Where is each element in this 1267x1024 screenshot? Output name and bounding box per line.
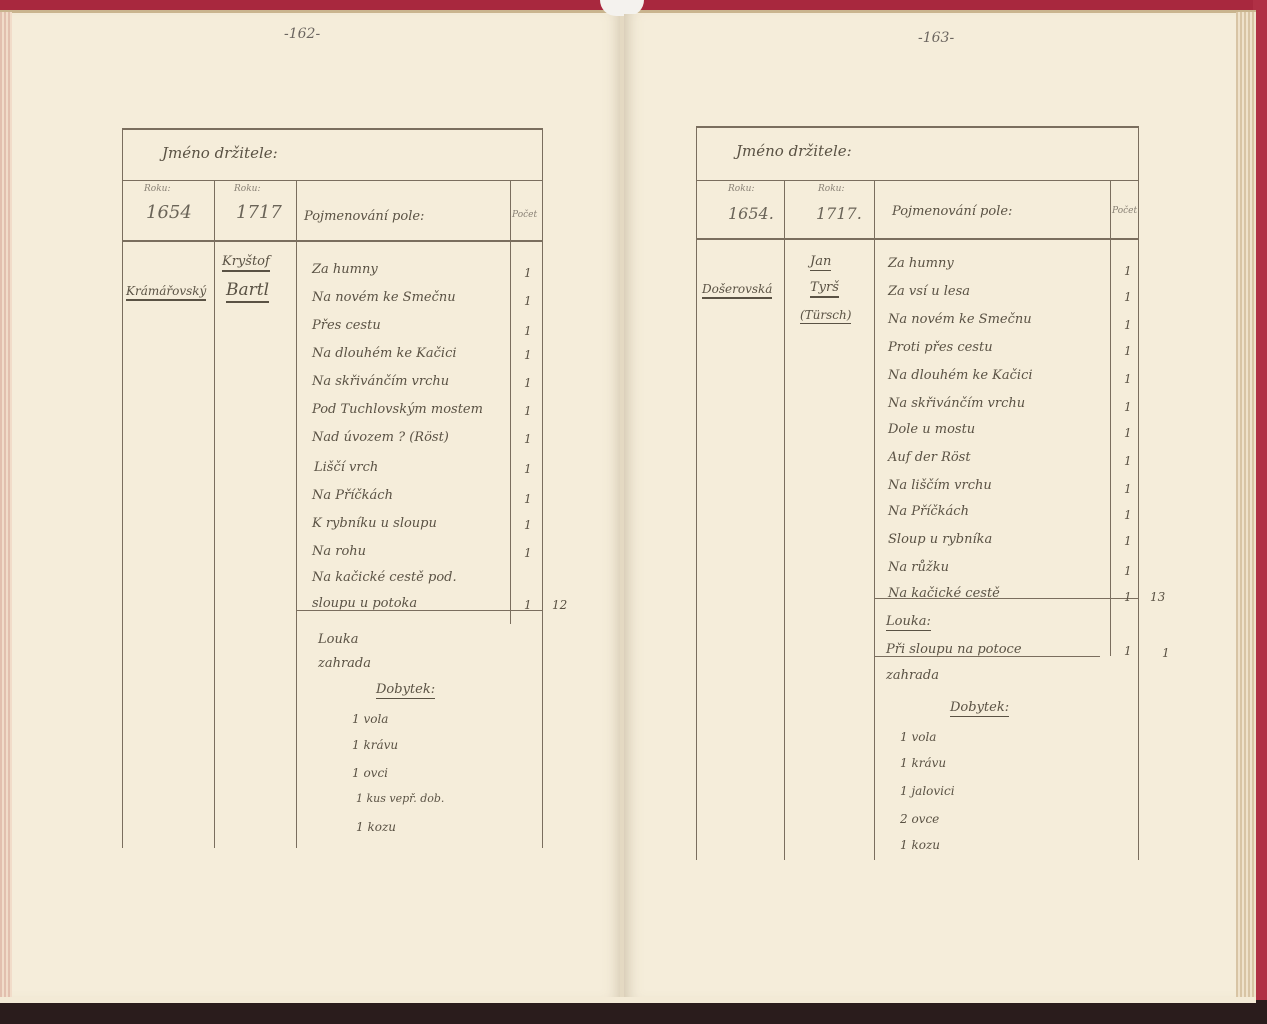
field-name: Na Příčkách: [312, 488, 393, 503]
field-count: 1: [1124, 482, 1132, 496]
page-edges-right: [1236, 12, 1256, 997]
holder-1717-last: Bartl: [226, 280, 269, 303]
holder-label: Jméno držitele:: [162, 144, 278, 162]
field-name: Přes cestu: [312, 318, 381, 333]
table-left-border: [696, 126, 697, 860]
page-edges-left: [0, 12, 12, 997]
col-divider-2: [874, 180, 875, 860]
field-count: 1: [524, 598, 532, 612]
field-name: Pod Tuchlovským mostem: [312, 402, 483, 417]
field-count: 1: [1124, 264, 1132, 278]
field-name-label: Pojmenování pole:: [892, 204, 1012, 219]
livestock-item: 2 ovce: [900, 812, 939, 826]
year2-label: Roku:: [234, 184, 260, 194]
field-name: Na skřivánčím vrchu: [312, 374, 449, 389]
field-name: Za humny: [312, 262, 378, 277]
livestock-item: 1 ovci: [352, 766, 388, 780]
left-page: -162- Jméno držitele: Roku: 1654 Roku: 1…: [12, 14, 622, 997]
table-right-border: [542, 128, 543, 848]
page-number: -162-: [284, 26, 320, 42]
field-name: Na novém ke Smečnu: [312, 290, 456, 305]
field-name: Na dlouhém ke Kačici: [888, 368, 1033, 383]
holder-1654: Krámářovský: [126, 284, 206, 301]
field-name: sloupu u potoka: [312, 596, 417, 611]
field-name: Na rohu: [312, 544, 366, 559]
garden: zahrada: [886, 668, 939, 683]
livestock-item: 1 krávu: [900, 756, 946, 770]
field-name: Na růžku: [888, 560, 949, 575]
field-name: Proti přes cestu: [888, 340, 993, 355]
livestock-item: 1 jalovici: [900, 784, 955, 798]
holder-1654: Došerovská: [702, 282, 772, 299]
table-top-border: [696, 126, 1138, 128]
fields-total: 13: [1150, 590, 1165, 604]
holder-1717-alt: (Türsch): [800, 308, 851, 324]
year1-label: Roku:: [144, 184, 170, 194]
field-count: 1: [1124, 564, 1132, 578]
livestock-item: 1 krávu: [352, 738, 398, 752]
field-name: Na dlouhém ke Kačici: [312, 346, 457, 361]
col-divider-1: [214, 180, 215, 848]
year2: 1717.: [816, 204, 862, 223]
holder-1717-last: Tyrš: [810, 280, 839, 298]
col-divider-1: [784, 180, 785, 860]
table-left-border: [122, 128, 123, 848]
field-count: 1: [1124, 290, 1132, 304]
field-count: 1: [524, 266, 532, 280]
field-name: K rybníku u sloupu: [312, 516, 437, 531]
year1: 1654: [146, 202, 192, 223]
field-name: Za vsí u lesa: [888, 284, 970, 299]
year1-label: Roku:: [728, 184, 754, 194]
field-count: 1: [1124, 344, 1132, 358]
field-name-label: Pojmenování pole:: [304, 209, 424, 224]
field-count: 1: [1124, 508, 1132, 522]
livestock-label: Dobytek:: [950, 700, 1009, 717]
livestock-item: 1 vola: [900, 730, 936, 744]
holder-label: Jméno držitele:: [736, 142, 852, 160]
header-bottom-border: [696, 238, 1138, 240]
livestock-item: 1 vola: [352, 712, 388, 726]
garden: zahrada: [318, 656, 371, 671]
meadow-item-name: Při sloupu na potoce: [886, 642, 1022, 657]
field-count: 1: [1124, 590, 1132, 604]
field-count: 1: [524, 462, 532, 476]
livestock-item: 1 kozu: [900, 838, 940, 852]
field-count: 1: [524, 492, 532, 506]
header-divider: [696, 180, 1138, 181]
field-count: 1: [1124, 372, 1132, 386]
field-name: Na kačické cestě: [888, 586, 1000, 601]
field-name: Na novém ke Smečnu: [888, 312, 1032, 327]
right-page: -163- Jméno držitele: Roku: 1654. Roku: …: [624, 14, 1236, 997]
count-label: Počet: [1112, 206, 1137, 216]
meadow-item-total: 1: [1162, 646, 1170, 660]
livestock-item: 1 kozu: [356, 820, 396, 834]
field-name: Nad úvozem ? (Röst): [312, 430, 449, 445]
field-count: 1: [524, 376, 532, 390]
year2-label: Roku:: [818, 184, 844, 194]
col-divider-3: [1110, 180, 1111, 656]
fields-total: 12: [552, 598, 567, 612]
field-name: Na skřivánčím vrchu: [888, 396, 1025, 411]
field-count: 1: [524, 432, 532, 446]
header-divider: [122, 180, 542, 181]
meadow: Louka: [318, 632, 358, 647]
field-count: 1: [524, 324, 532, 338]
livestock-item: 1 kus vepř. dob.: [356, 792, 444, 805]
field-name: Dole u mostu: [888, 422, 975, 437]
header-bottom-border: [122, 240, 542, 242]
year2: 1717: [236, 202, 282, 223]
field-count: 1: [524, 518, 532, 532]
field-name: Za humny: [888, 256, 954, 271]
field-count: 1: [524, 546, 532, 560]
holder-1717-first: Kryštof: [222, 254, 270, 272]
field-name: Na liščím vrchu: [888, 478, 992, 493]
table-right-border: [1138, 126, 1139, 860]
meadow-label: Louka:: [886, 614, 931, 631]
field-count: 1: [1124, 426, 1132, 440]
year1: 1654.: [728, 204, 774, 223]
field-count: 1: [524, 294, 532, 308]
field-name: Na Příčkách: [888, 504, 969, 519]
field-name: Na kačické cestě pod.: [312, 570, 457, 585]
holder-1717-first: Jan: [810, 254, 831, 271]
field-name: Liščí vrch: [314, 460, 378, 475]
count-label: Počet: [512, 210, 537, 220]
field-name: Sloup u rybníka: [888, 532, 992, 547]
field-count: 1: [1124, 318, 1132, 332]
page-number: -163-: [918, 30, 954, 46]
livestock-label: Dobytek:: [376, 682, 435, 699]
table-top-border: [122, 128, 542, 130]
field-count: 1: [524, 348, 532, 362]
meadow-item-count: 1: [1124, 644, 1132, 658]
field-count: 1: [524, 404, 532, 418]
col-divider-2: [296, 180, 297, 848]
field-name: Auf der Röst: [888, 450, 971, 465]
field-count: 1: [1124, 454, 1132, 468]
field-count: 1: [1124, 400, 1132, 414]
col-divider-3: [510, 180, 511, 624]
field-count: 1: [1124, 534, 1132, 548]
